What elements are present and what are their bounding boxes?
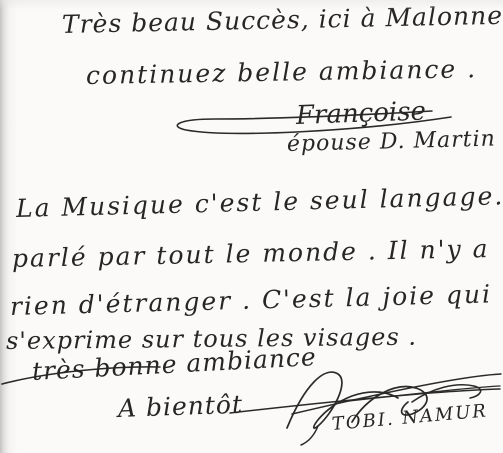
signature-note-epouse: épouse D. Martin xyxy=(287,129,496,156)
handwritten-line: La Musique c'est le seul langage. xyxy=(16,183,503,221)
handwritten-line: rien d'étranger . C'est la joie qui xyxy=(10,281,493,319)
guestbook-page: Très beau Succès, ici à Malonne continue… xyxy=(0,0,503,453)
handwritten-line: Très beau Succès, ici à Malonne xyxy=(62,3,503,37)
handwritten-line: parlé par tout le monde . Il n'y a xyxy=(12,236,490,271)
handwritten-line: continuez belle ambiance . xyxy=(86,56,478,88)
signature-francoise: Françoise xyxy=(296,98,427,129)
signature-note-namur: TOBI. NAMUR xyxy=(331,402,488,434)
handwritten-line: A bientôt xyxy=(118,392,244,421)
